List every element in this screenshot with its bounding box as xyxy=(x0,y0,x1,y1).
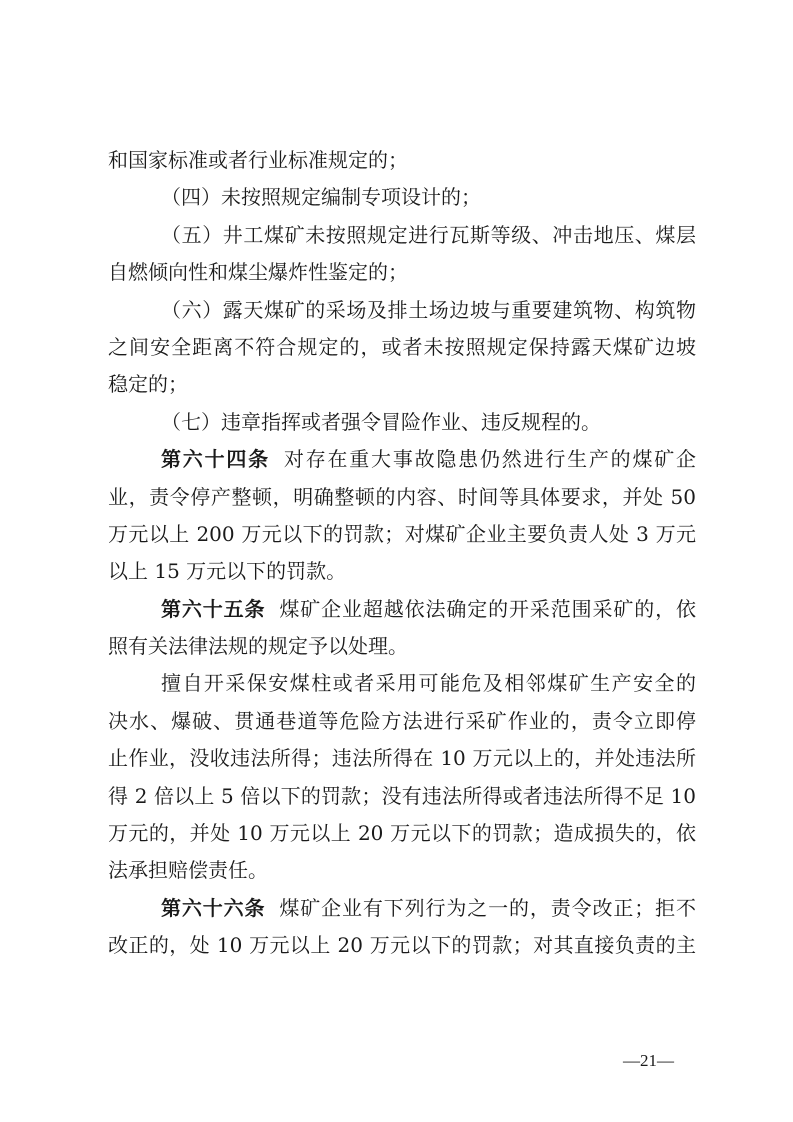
article-65-para2-first-line: 擅自开采保安煤柱或者采用可能危及相邻煤矿生产安全的 xyxy=(108,665,696,702)
article-65-text: 煤矿企业超越依法确定的开采范围采矿的，依 xyxy=(279,597,696,621)
list-item-5: （五）井工煤矿未按照规定进行瓦斯等级、冲击地压、煤层 xyxy=(108,217,696,254)
text-line: 以上 15 万元以下的罚款。 xyxy=(108,553,696,590)
text-line: 万元以上 200 万元以下的罚款；对煤矿企业主要负责人处 3 万元 xyxy=(108,516,696,553)
page-number: —21— xyxy=(623,1051,674,1071)
text-line: 决水、爆破、贯通巷道等危险方法进行采矿作业的，责令立即停 xyxy=(108,703,696,740)
text-line: 得 2 倍以上 5 倍以下的罚款；没有违法所得或者违法所得不足 10 xyxy=(108,778,696,815)
article-66-first-line: 第六十六条煤矿企业有下列行为之一的，责令改正；拒不 xyxy=(108,890,696,927)
text-line: 照有关法律法规的规定予以处理。 xyxy=(108,628,696,665)
article-65-heading: 第六十五条 xyxy=(161,597,265,621)
text-line: 之间安全距离不符合规定的，或者未按照规定保持露天煤矿边坡 xyxy=(108,329,696,366)
text-line: 法承担赔偿责任。 xyxy=(108,852,696,889)
text-line: 业，责令停产整顿，明确整顿的内容、时间等具体要求，并处 50 xyxy=(108,479,696,516)
text-line: 自燃倾向性和煤尘爆炸性鉴定的； xyxy=(108,254,696,291)
text-line: 万元的，并处 10 万元以上 20 万元以下的罚款；造成损失的，依 xyxy=(108,815,696,852)
article-64-first-line: 第六十四条对存在重大事故隐患仍然进行生产的煤矿企 xyxy=(108,441,696,478)
list-item-7: （七）违章指挥或者强令冒险作业、违反规程的。 xyxy=(108,404,696,441)
text-line: 稳定的； xyxy=(108,366,696,403)
article-66-text: 煤矿企业有下列行为之一的，责令改正；拒不 xyxy=(279,896,696,920)
list-item-6: （六）露天煤矿的采场及排土场边坡与重要建筑物、构筑物 xyxy=(108,292,696,329)
list-item-4: （四）未按照规定编制专项设计的； xyxy=(108,179,696,216)
article-66-heading: 第六十六条 xyxy=(161,896,265,920)
article-64-heading: 第六十四条 xyxy=(161,447,270,471)
article-65-first-line: 第六十五条煤矿企业超越依法确定的开采范围采矿的，依 xyxy=(108,591,696,628)
text-line: 止作业，没收违法所得；违法所得在 10 万元以上的，并处违法所 xyxy=(108,740,696,777)
article-64-text: 对存在重大事故隐患仍然进行生产的煤矿企 xyxy=(284,447,696,471)
text-line: 和国家标准或者行业标准规定的； xyxy=(108,142,696,179)
document-body: 和国家标准或者行业标准规定的； （四）未按照规定编制专项设计的； （五）井工煤矿… xyxy=(108,142,696,965)
text-line: 改正的，处 10 万元以上 20 万元以下的罚款；对其直接负责的主 xyxy=(108,927,696,964)
